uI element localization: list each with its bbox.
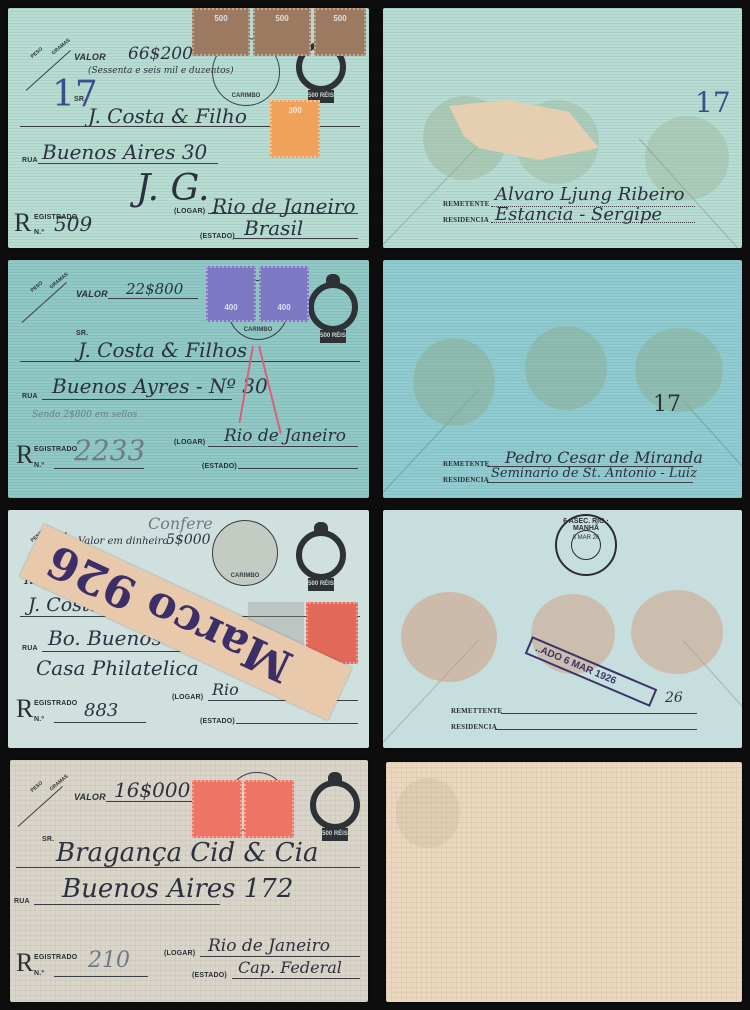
valor-amount: 5$000 (166, 532, 211, 548)
city: Rio (212, 680, 239, 699)
carimbo-circle: CARIMBO (212, 520, 278, 586)
stamp (192, 780, 242, 838)
remettente-label: REMETTENTE (451, 707, 502, 715)
carimbo-label: CARIMBO (213, 573, 277, 579)
valor-label: VALOR (74, 52, 106, 62)
initials: J. G. (136, 168, 209, 209)
rua-label: RUA (22, 157, 38, 164)
registered-r: R (16, 948, 33, 978)
registrado-label: EGISTRADO (34, 954, 77, 961)
registered-r: R (16, 694, 33, 724)
street-address: Buenos Aires 30 (42, 140, 207, 164)
gramas-label: GRAMAS (51, 38, 72, 57)
wax-seal-remnant (401, 592, 497, 682)
pencil-note: Confere (148, 514, 213, 533)
registration-number: 2233 (74, 434, 145, 467)
sr-label: SR. (42, 836, 54, 843)
pencil-mark: 17 (695, 86, 731, 119)
registered-r: R (16, 440, 33, 470)
street-address: Buenos Aires 172 (62, 874, 293, 904)
envelope-2-front: PESO GRAMAS VALOR 22$800 SR. J. Costa & … (8, 260, 369, 498)
addressee-name: J. Costa & Filhos (78, 338, 247, 362)
peso-label: PESO (30, 280, 45, 294)
valor-amount: 22$800 (126, 280, 183, 298)
carimbo-label: CARIMBO (213, 93, 279, 99)
envelope-3-front: PESO Confere Valor em dinheiro 5$000 Ill… (8, 510, 369, 748)
envelope-1-back: 17 REMETENTE Alvaro Ljung Ribeiro RESIDE… (383, 8, 742, 248)
stamp: 400 (206, 266, 256, 322)
estado-label: (ESTADO) (200, 718, 235, 725)
addressee-name: J. Costa & Filho (88, 104, 247, 128)
city: Rio de Janeiro (208, 936, 330, 956)
indicia-value: 500 RÉIS (308, 578, 334, 591)
estado-label: (ESTADO) (192, 972, 227, 979)
registration-number: 509 (54, 212, 92, 236)
numero-label: N.º (34, 970, 44, 977)
city-line (208, 213, 358, 214)
stamp-note: Sendo 2$800 em sellos (32, 410, 137, 420)
wax-seal-remnant (413, 338, 495, 426)
postal-indicia: 500 RÉIS (290, 520, 352, 598)
street-line (38, 163, 218, 164)
estado-label: (ESTADO) (200, 233, 235, 240)
rua-label: RUA (22, 645, 38, 652)
envelope-4-back (386, 762, 742, 1002)
stamp: 400 (259, 266, 309, 322)
residencia-label: RESIDENCIA (443, 476, 489, 484)
stamp: 500 (314, 8, 366, 56)
pencil-mark: 17 (653, 392, 681, 417)
estado-label: (ESTADO) (202, 463, 237, 470)
addressee-name: Bragança Cid & Cia (56, 838, 319, 868)
state-line (234, 238, 358, 239)
pencil-mark: 26 (665, 690, 683, 706)
valor-amount: 16$000 (114, 778, 190, 802)
state: Cap. Federal (238, 958, 342, 977)
valor-amount: 66$200 (128, 44, 193, 64)
logar-label: (LOGAR) (172, 694, 203, 701)
envelope-4-front: PESO GRAMAS VALOR 16$000 SR. Bragança Ci… (10, 760, 368, 1002)
logar-label: (LOGAR) (164, 950, 195, 957)
city: Rio de Janeiro (224, 426, 346, 446)
stamp: 500 (192, 8, 250, 56)
remetente-label: REMETENTE (443, 200, 490, 208)
peso-label: PESO (30, 780, 45, 794)
street-address: Buenos Ayres - Nº 30 (52, 374, 268, 398)
indicia-value: 500 RÉIS (320, 330, 346, 343)
stamp: 500 (253, 8, 311, 56)
registrado-label: EGISTRADO (34, 700, 77, 707)
wax-seal-remnant (525, 326, 607, 410)
postal-indicia: 500 RÉIS (304, 770, 366, 848)
registered-r: R (14, 208, 31, 238)
numero-label: N.º (34, 462, 44, 469)
logar-label: (LOGAR) (174, 208, 205, 215)
valor-label: VALOR (74, 792, 106, 802)
sender-name: Pedro Cesar de Miranda (505, 448, 703, 467)
numero-label: N.º (34, 716, 44, 723)
residencia-label: RESIDENCIA (451, 723, 497, 731)
state: Brasil (244, 216, 303, 240)
indicia-value: 500 RÉIS (322, 828, 348, 841)
valor-label: VALOR (76, 289, 108, 299)
stamp: 300 (270, 100, 320, 158)
registration-number: 210 (88, 948, 130, 973)
postal-indicia: 500 RÉIS (302, 272, 364, 350)
residencia-label: RESIDENCIA (443, 216, 489, 224)
registration-number: 883 (84, 700, 118, 721)
weight-divider (22, 282, 67, 323)
arrival-postmark: 6 ASEC. RIO · MANHÃ 8 MAR 26 (555, 514, 617, 576)
sr-label: SR. (76, 330, 88, 337)
wax-seal-remnant (631, 590, 723, 674)
logar-label: (LOGAR) (174, 439, 205, 446)
rua-label: RUA (14, 898, 30, 905)
envelope-1-front: PESO GRAMAS VALOR 66$200 (Sessenta e sei… (8, 8, 369, 248)
address-line-3: Casa Philatelica (36, 656, 199, 680)
postmark-date: 8 MAR 26 (571, 530, 601, 560)
envelope-2-back: 17 REMETENTE Pedro Cesar de Miranda RESI… (383, 260, 742, 498)
remetente-label: REMETENTE (443, 460, 490, 468)
stamp (244, 780, 294, 838)
carimbo-label: CARIMBO (229, 327, 287, 333)
sender-residence: Seminario de St. Antonio - Luiz (491, 466, 697, 481)
peso-label: PESO (30, 46, 45, 60)
sender-name: Alvaro Ljung Ribeiro (495, 184, 684, 205)
numero-label: N.º (34, 229, 44, 236)
sr-label: SR. (74, 96, 86, 103)
rua-label: RUA (22, 393, 38, 400)
faded-seal-mark (396, 778, 460, 848)
weight-divider (18, 786, 63, 827)
envelope-3-back: 6 ASEC. RIO · MANHÃ 8 MAR 26 ..ADO 6 MAR… (383, 510, 742, 748)
registrado-label: EGISTRADO (34, 446, 77, 453)
city: Rio de Janeiro (212, 194, 356, 218)
